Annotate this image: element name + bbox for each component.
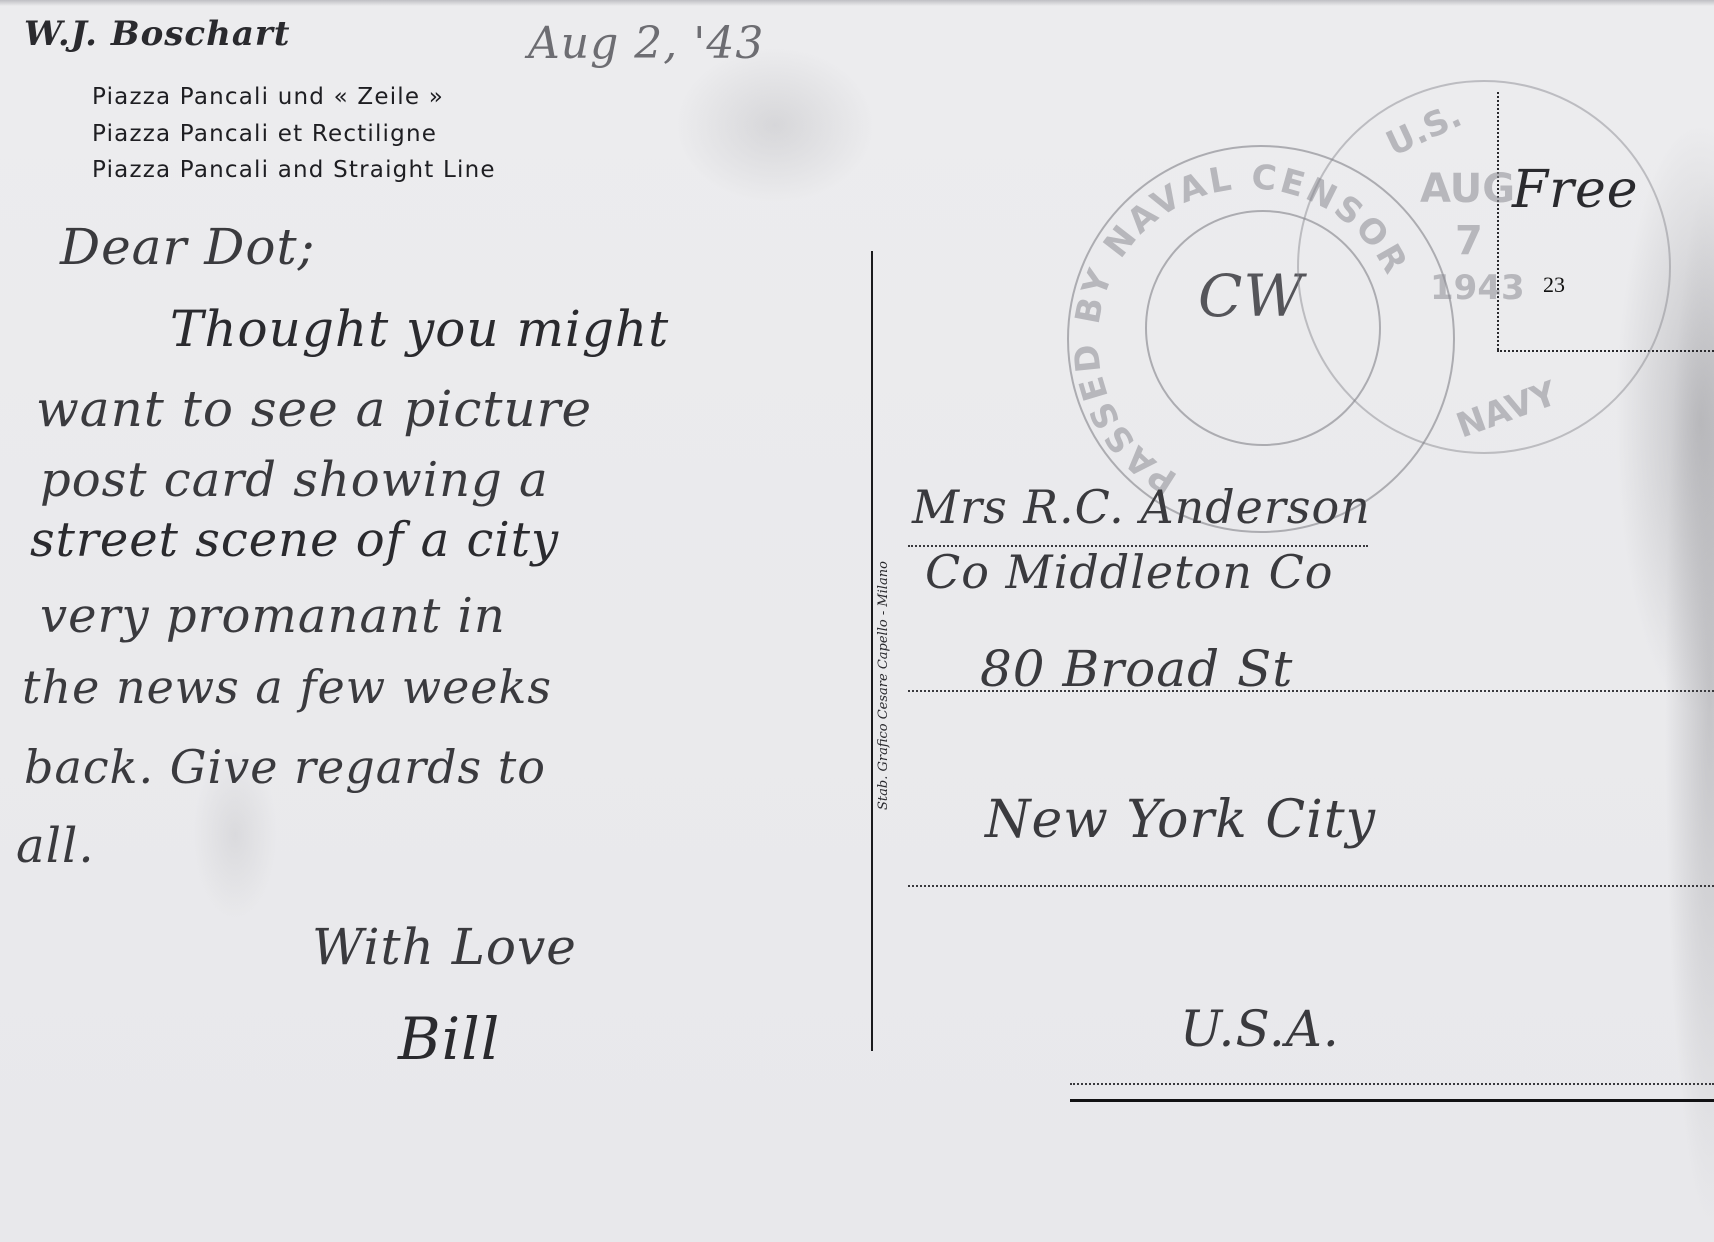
caption-french: Piazza Pancali et Rectiligne — [92, 121, 437, 147]
message-line: back. Give regards to — [24, 740, 546, 794]
message-line: all. — [16, 818, 95, 874]
address-rule — [908, 885, 1714, 887]
postcard-back: W.J. Boschart Aug 2, '43 Piazza Pancali … — [0, 0, 1714, 1242]
address-underline — [1070, 1099, 1714, 1102]
written-date: Aug 2, '43 — [528, 18, 764, 69]
postmark-month: AUG — [1420, 166, 1515, 212]
message-line: the news a few weeks — [22, 660, 552, 714]
postmark-day: 7 — [1455, 218, 1483, 264]
message-line: Thought you might — [170, 300, 669, 358]
message-greeting: Dear Dot; — [60, 218, 315, 276]
sender-name: W.J. Boschart — [24, 14, 290, 54]
address-line-company: Co Middleton Co — [925, 545, 1333, 599]
center-divider — [871, 251, 873, 1051]
censor-initials: CW — [1198, 262, 1304, 330]
address-rule — [908, 690, 1714, 692]
caption-german: Piazza Pancali und « Zeile » — [92, 84, 444, 110]
message-line: very promanant in — [40, 588, 506, 644]
postmark-year: 1943 — [1430, 268, 1525, 308]
message-line: want to see a picture — [36, 380, 592, 438]
address-line-name: Mrs R.C. Anderson — [912, 480, 1371, 534]
caption-english: Piazza Pancali and Straight Line — [92, 157, 496, 183]
address-line-country: U.S.A. — [1180, 1000, 1340, 1058]
message-signature: Bill — [398, 1005, 500, 1073]
message-closing: With Love — [312, 918, 577, 976]
printer-credit: Stab. Grafico Cesare Capello - Milano — [876, 561, 891, 810]
message-line: street scene of a city — [30, 512, 559, 568]
address-rule — [1070, 1083, 1714, 1085]
message-line: post card showing a — [40, 452, 549, 508]
address-line-city: New York City — [985, 790, 1376, 850]
card-edge — [0, 0, 1714, 6]
